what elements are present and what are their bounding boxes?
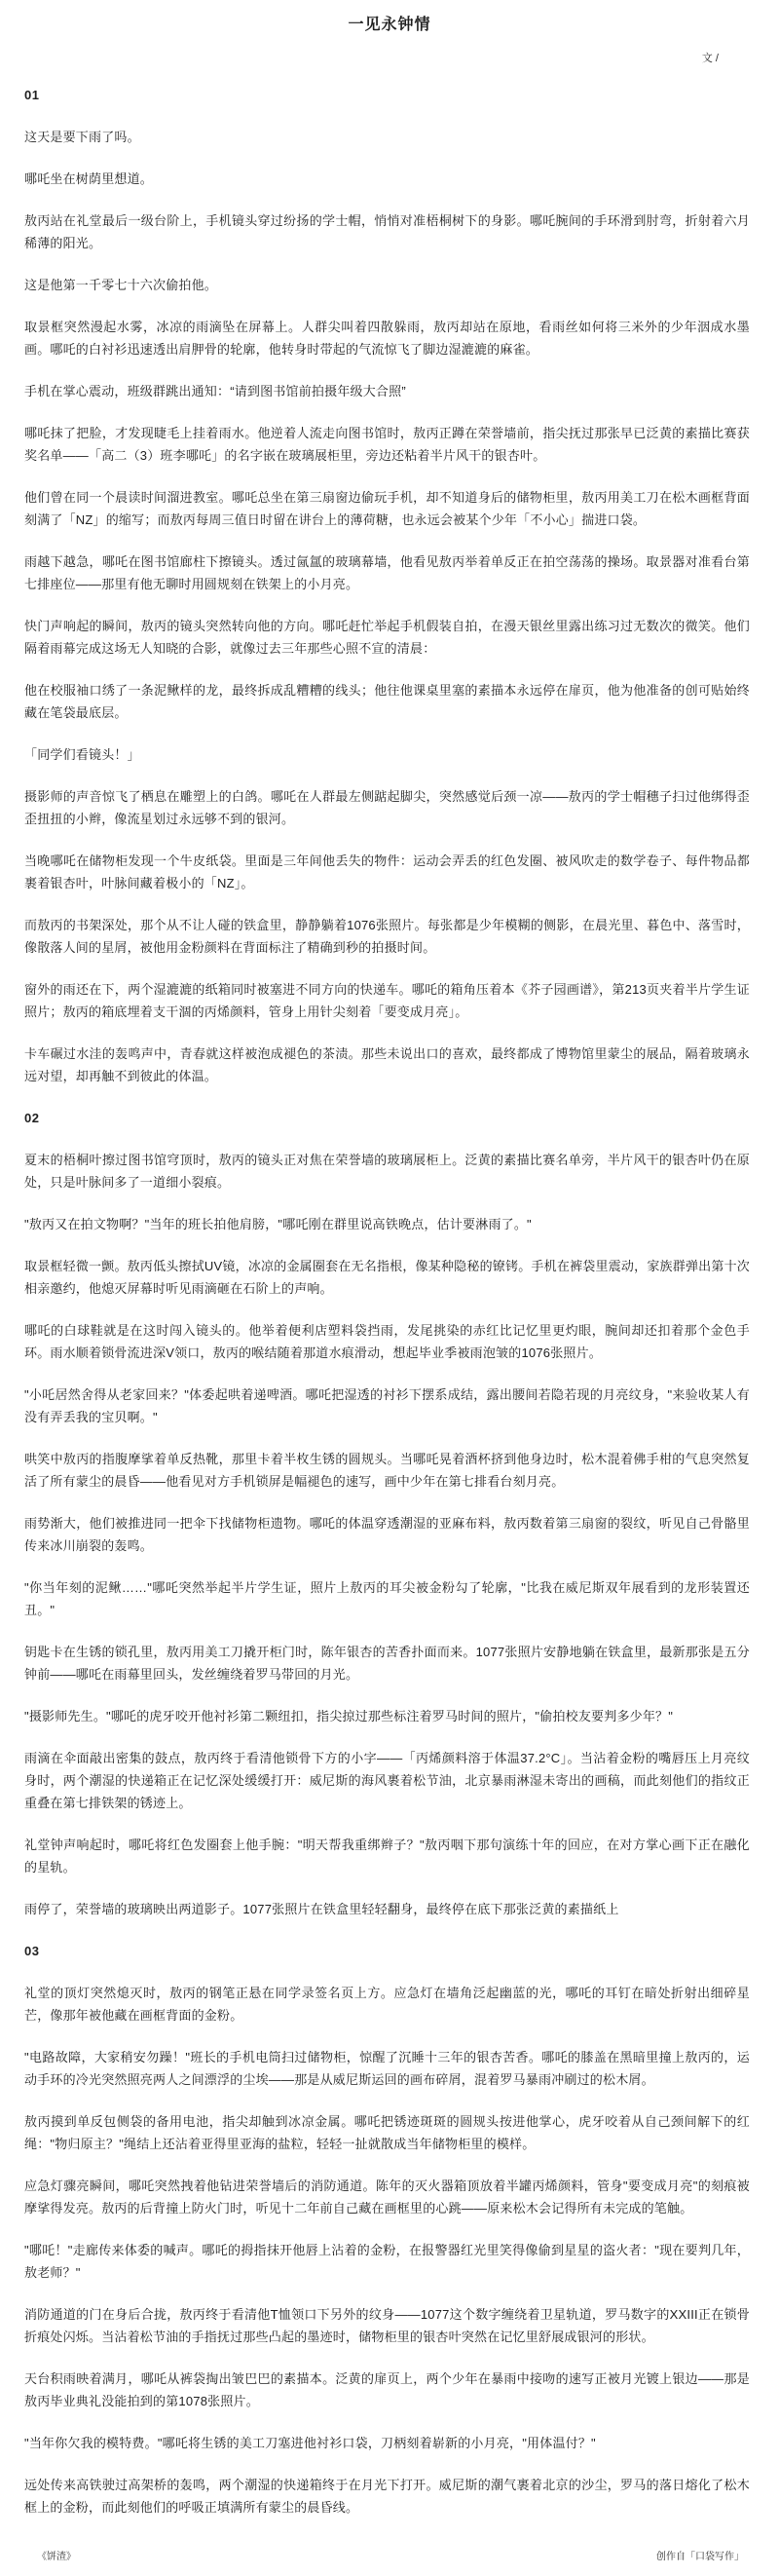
paragraph: 雨越下越急，哪吒在图书馆廊柱下擦镜头。透过氤氲的玻璃幕墙，他看见敖丙举着单反正在… <box>24 550 750 595</box>
paragraph: 这是他第一千零七十六次偷拍他。 <box>24 274 750 296</box>
paragraph: 他们曾在同一个晨读时间溜进教室。哪吒总坐在第三扇窗边偷玩手机，却不知道身后的储物… <box>24 486 750 531</box>
story-body: 01这天是要下雨了吗。哪吒坐在树荫里想道。敖丙站在礼堂最后一级台阶上，手机镜头穿… <box>0 66 779 2538</box>
footer-author: 《饼渣》 <box>37 2548 76 2562</box>
paragraph: 礼堂的顶灯突然熄灭时，敖丙的钢笔正悬在同学录签名页上方。应急灯在墙角泛起幽蓝的光… <box>24 1982 750 2027</box>
paragraph: 这天是要下雨了吗。 <box>24 126 750 148</box>
paragraph: 哪吒的白球鞋就是在这时闯入镜头的。他举着便利店塑料袋挡雨，发尾挑染的赤红比记忆里… <box>24 1319 750 1364</box>
paragraph: 敖丙站在礼堂最后一级台阶上，手机镜头穿过纷扬的学士帽，悄悄对准梧桐树下的身影。哪… <box>24 209 750 254</box>
paragraph: 夏末的梧桐叶擦过图书馆穹顶时，敖丙的镜头正对焦在荣誉墙的玻璃展柜上。泛黄的素描比… <box>24 1149 750 1193</box>
paragraph: "你当年刻的泥鳅……"哪吒突然举起半片学生证，照片上敖丙的耳尖被金粉勾了轮廓，"… <box>24 1576 750 1621</box>
paragraph: 摄影师的声音惊飞了栖息在雕塑上的白鸽。哪吒在人群最左侧踮起脚尖，突然感觉后颈一凉… <box>24 785 750 830</box>
paragraph: 敖丙摸到单反包侧袋的备用电池，指尖却触到冰凉金属。哪吒把锈迹斑斑的圆规头按进他掌… <box>24 2110 750 2155</box>
paragraph: 天台积雨映着满月，哪吒从裤袋掏出皱巴巴的素描本。泛黄的扉页上，两个少年在暴雨中接… <box>24 2368 750 2412</box>
paragraph: 哪吒坐在树荫里想道。 <box>24 168 750 190</box>
paragraph: 雨滴在伞面敲出密集的鼓点，敖丙终于看清他锁骨下方的小字——「丙烯颜料溶于体温37… <box>24 1747 750 1814</box>
paragraph: "当年你欠我的模特费。"哪吒将生锈的美工刀塞进他衬衫口袋，刀柄刻着崭新的小月亮，… <box>24 2432 750 2454</box>
paragraph: 他在校服袖口绣了一条泥鳅样的龙，最终拆成乱糟糟的线头；他往他课桌里塞的素描本永远… <box>24 679 750 724</box>
paragraph: 当晚哪吒在储物柜发现一个牛皮纸袋。里面是三年间他丢失的物件：运动会弄丢的红色发圈… <box>24 850 750 894</box>
paragraph: 哪吒抹了把脸，才发现睫毛上挂着雨水。他逆着人流走向图书馆时，敖丙正蹲在荣誉墙前，… <box>24 422 750 467</box>
paragraph: 远处传来高铁驶过高架桥的轰鸣，两个潮湿的快递箱终于在月光下打开。威尼斯的潮气裹着… <box>24 2474 750 2519</box>
paragraph: 雨停了，荣誉墙的玻璃映出两道影子。1077张照片在铁盒里轻轻翻身，最终停在底下那… <box>24 1898 750 1920</box>
paragraph: 取景框突然漫起水雾，冰凉的雨滴坠在屏幕上。人群尖叫着四散躲雨，敖丙却站在原地，看… <box>24 316 750 360</box>
paragraph: 取景框轻微一颤。敖丙低头擦拭UV镜，冰凉的金属圈套在无名指根，像某种隐秘的镣铐。… <box>24 1255 750 1300</box>
paragraph: 「同学们看镜头！」 <box>24 743 750 766</box>
paragraph: "摄影师先生。"哪吒的虎牙咬开他衬衫第二颗纽扣，指尖掠过那些标注着罗马时间的照片… <box>24 1705 750 1727</box>
paragraph: 卡车碾过水洼的轰鸣声中，青春就这样被泡成褪色的茶渍。那些未说出口的喜欢，最终都成… <box>24 1042 750 1087</box>
paragraph: 窗外的雨还在下，两个湿漉漉的纸箱同时被塞进不同方向的快递车。哪吒的箱角压着本《芥… <box>24 978 750 1023</box>
paragraph: 应急灯骤亮瞬间，哪吒突然拽着他钻进荣誉墙后的消防通道。陈年的灭火器箱顶放着半罐丙… <box>24 2175 750 2219</box>
section-marker: 01 <box>24 84 750 106</box>
section-marker: 03 <box>24 1940 750 1962</box>
paragraph: "电路故障，大家稍安勿躁！"班长的手机电筒扫过储物柜，惊醒了沉睡十三年的银杏苦香… <box>24 2046 750 2091</box>
paragraph: 礼堂钟声响起时，哪吒将红色发圈套上他手腕："明天帮我重绑辫子？"敖丙咽下那句演练… <box>24 1834 750 1878</box>
paragraph: "小吒居然舍得从老家回来？"体委起哄着递啤酒。哪吒把湿透的衬衫下摆系成结，露出腰… <box>24 1383 750 1428</box>
paragraph: 钥匙卡在生锈的锁孔里，敖丙用美工刀撬开柜门时，陈年银杏的苦香扑面而来。1077张… <box>24 1641 750 1686</box>
byline: 文 / <box>0 51 719 66</box>
paragraph: "敖丙又在拍文物啊？"当年的班长拍他肩膀，"哪吒刚在群里说高铁晚点，估计要淋雨了… <box>24 1213 750 1235</box>
footer: 《饼渣》 创作自「口袋写作」 <box>0 2538 779 2564</box>
paragraph: "哪吒！"走廊传来体委的喊声。哪吒的拇指抹开他唇上沾着的金粉，在报警器红光里笑得… <box>24 2239 750 2284</box>
paragraph: 而敖丙的书架深处，那个从不让人碰的铁盒里，静静躺着1076张照片。每张都是少年模… <box>24 914 750 959</box>
section-marker: 02 <box>24 1107 750 1129</box>
document-page: 一见永钟情 文 / 01这天是要下雨了吗。哪吒坐在树荫里想道。敖丙站在礼堂最后一… <box>0 0 779 2576</box>
paragraph: 哄笑中敖丙的指腹摩挲着单反热靴，那里卡着半枚生锈的圆规头。当哪吒晃着酒杯挤到他身… <box>24 1448 750 1493</box>
paragraph: 雨势渐大，他们被推进同一把伞下找储物柜遗物。哪吒的体温穿透潮湿的亚麻布料，敖丙数… <box>24 1512 750 1557</box>
footer-source: 创作自「口袋写作」 <box>656 2548 744 2562</box>
paragraph: 消防通道的门在身后合拢，敖丙终于看清他T恤领口下另外的纹身——1077这个数字缠… <box>24 2303 750 2348</box>
paragraph: 手机在掌心震动，班级群跳出通知：“请到图书馆前拍摄年级大合照” <box>24 380 750 402</box>
page-title: 一见永钟情 <box>0 14 779 37</box>
paragraph: 快门声响起的瞬间，敖丙的镜头突然转向他的方向。哪吒赶忙举起手机假装自拍，在漫天银… <box>24 615 750 660</box>
